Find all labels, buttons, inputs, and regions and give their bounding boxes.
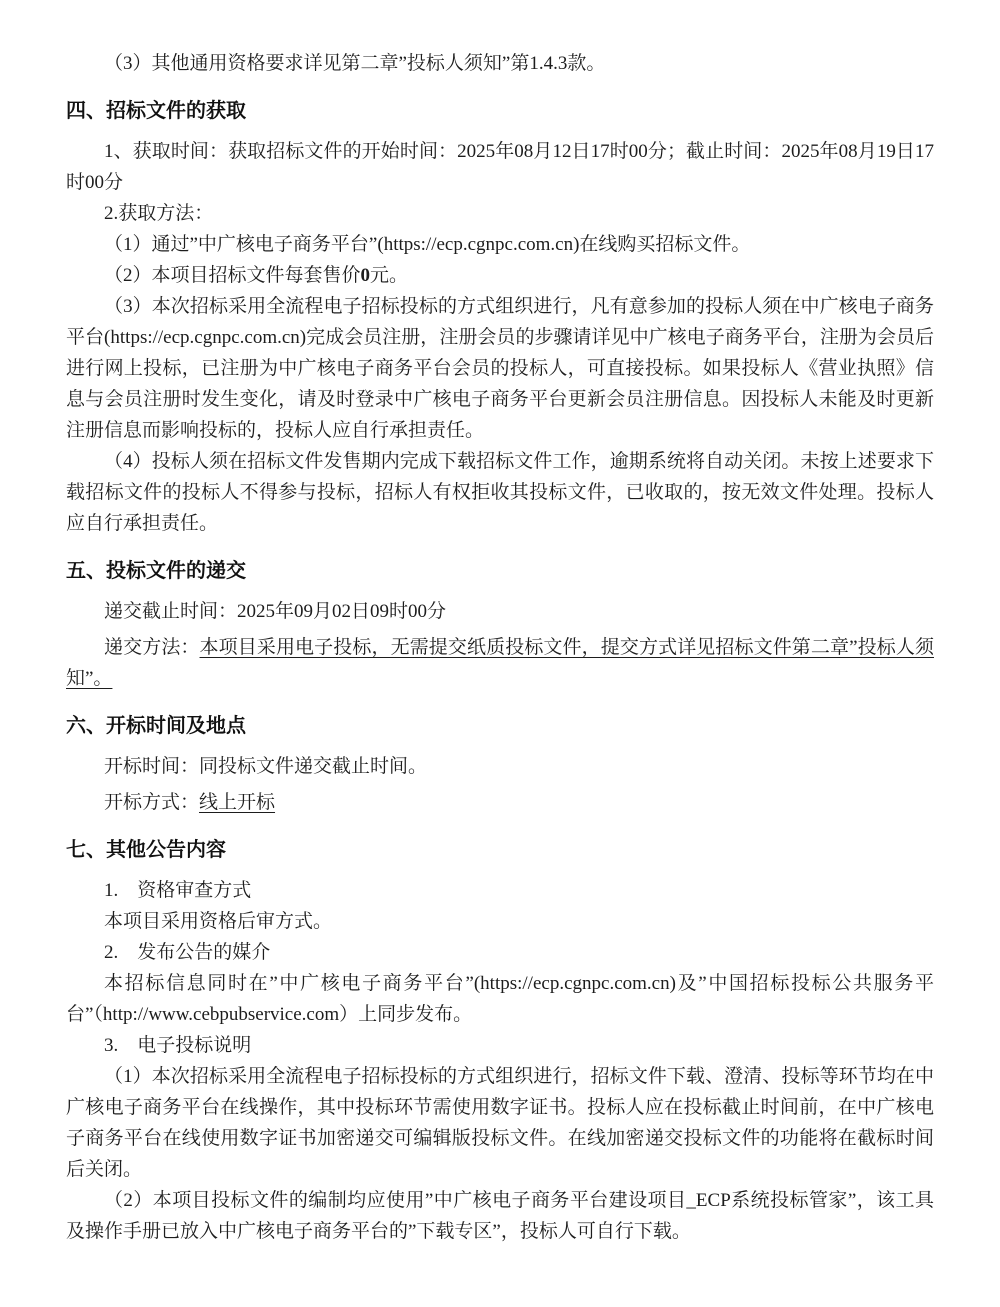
acquisition-time-paragraph: 1、获取时间：获取招标文件的开始时间：2025年08月12日17时00分；截止时…: [66, 136, 934, 198]
section-6-bid-opening: 六、开标时间及地点 开标时间：同投标文件递交截止时间。 开标方式：线上开标: [66, 711, 934, 818]
qualification-review-body: 本项目采用资格后审方式。: [66, 906, 934, 937]
e-bidding-note-title: 3. 电子投标说明: [66, 1030, 934, 1061]
acquisition-method-item-3: （3）本次招标采用全流程电子招标投标的方式组织进行，凡有意参加的投标人须在中广核…: [66, 291, 934, 446]
tender-notice-page: （3）其他通用资格要求详见第二章”投标人须知”第1.4.3款。 四、招标文件的获…: [0, 0, 1000, 1307]
e-bidding-note-paragraph-1: （1）本次招标采用全流程电子招标投标的方式组织进行，招标文件下载、澄清、投标等环…: [66, 1061, 934, 1185]
opening-mode-paragraph: 开标方式：线上开标: [66, 787, 934, 818]
announcement-media-title: 2. 发布公告的媒介: [66, 937, 934, 968]
price-sentence-suffix: 元。: [370, 265, 408, 286]
acquisition-method-item-4: （4）投标人须在招标文件发售期内完成下载招标文件工作，逾期系统将自动关闭。未按上…: [66, 446, 934, 539]
price-value: 0: [361, 265, 371, 286]
opening-mode-value: 线上开标: [199, 792, 275, 813]
section-5-heading: 五、投标文件的递交: [66, 556, 934, 586]
submission-deadline-paragraph: 递交截止时间：2025年09月02日09时00分: [66, 596, 934, 627]
section-7-other-announcement-content: 七、其他公告内容 1. 资格审查方式 本项目采用资格后审方式。 2. 发布公告的…: [66, 835, 934, 1247]
price-sentence-prefix: （2）本项目招标文件每套售价: [104, 265, 361, 286]
opening-time-paragraph: 开标时间：同投标文件递交截止时间。: [66, 751, 934, 782]
submission-method-paragraph: 递交方法：本项目采用电子投标，无需提交纸质投标文件，提交方式详见招标文件第二章”…: [66, 632, 934, 694]
announcement-media-body: 本招标信息同时在”中广核电子商务平台”(https://ecp.cgnpc.co…: [66, 968, 934, 1030]
opening-mode-label: 开标方式：: [104, 792, 199, 813]
section-5-bid-submission: 五、投标文件的递交 递交截止时间：2025年09月02日09时00分 递交方法：…: [66, 556, 934, 694]
acquisition-method-item-2: （2）本项目招标文件每套售价0元。: [66, 260, 934, 291]
section-4-heading: 四、招标文件的获取: [66, 96, 934, 126]
acquisition-method-item-1: （1）通过”中广核电子商务平台”(https://ecp.cgnpc.com.c…: [66, 229, 934, 260]
e-bidding-note-paragraph-2: （2）本项目投标文件的编制均应使用”中广核电子商务平台建设项目_ECP系统投标管…: [66, 1185, 934, 1247]
qualification-review-title: 1. 资格审查方式: [66, 875, 934, 906]
acquisition-method-label: 2.获取方法：: [66, 198, 934, 229]
section-6-heading: 六、开标时间及地点: [66, 711, 934, 741]
section-4-tender-document-acquisition: 四、招标文件的获取 1、获取时间：获取招标文件的开始时间：2025年08月12日…: [66, 96, 934, 539]
intro-qualification-item: （3）其他通用资格要求详见第二章”投标人须知”第1.4.3款。: [66, 48, 934, 79]
section-7-heading: 七、其他公告内容: [66, 835, 934, 865]
submission-method-label: 递交方法：: [104, 637, 200, 658]
